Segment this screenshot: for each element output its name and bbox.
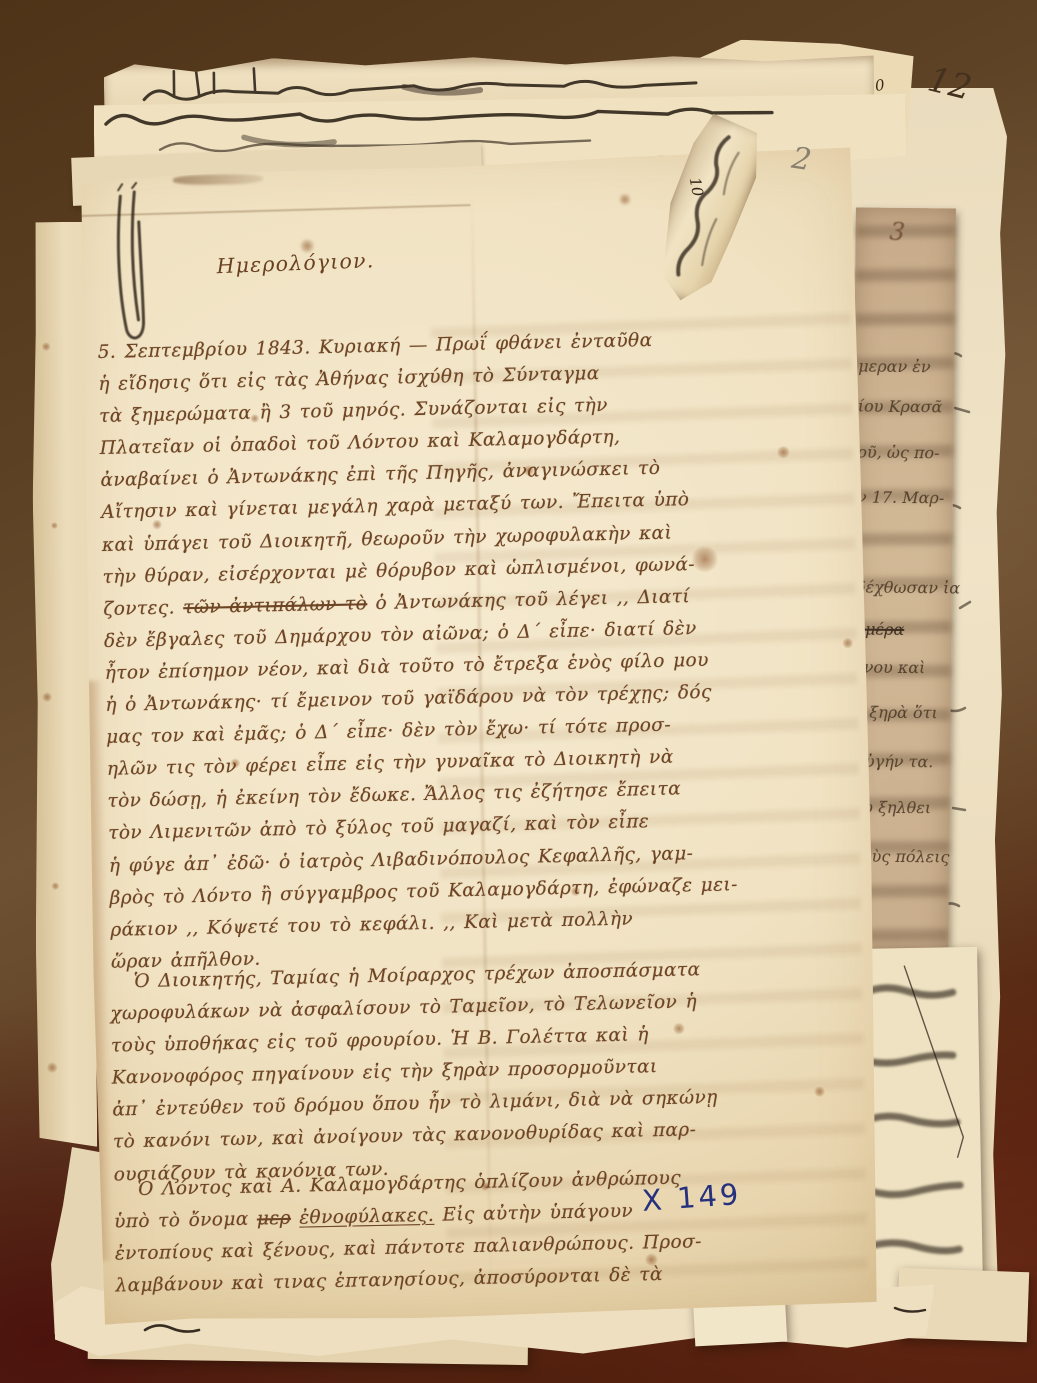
page-number-10-strip: 10 [686,176,707,198]
line-text: ζοντες. [103,597,175,620]
diary-page: Ημερολόγιον. 5. Σεπτεμβρίου 1843. Κυριακ… [78,147,880,1324]
side-fragment: μεραν ἐν [858,357,954,377]
underlined-text: ἐθνοφύλακες. [299,1205,434,1229]
diary-paragraph-1: 5. Σεπτεμβρίου 1843. Κυριακή — Πρωΐ φθάν… [97,323,739,978]
line-text: Εἰς αὐτὴν ὑπάγουν [442,1201,633,1226]
archive-catalog-mark: X 149 [641,1177,743,1218]
manuscript-photo: 3 μεραν ἐν ίου Κρασᾶ οῦ, ὡς πο- ν 17. Μα… [0,0,1037,1383]
stain-spot [250,414,259,423]
side-fragment: δέχθωσαν ἰα [856,578,952,598]
side-fragment: ίου Κρασᾶ [858,397,954,417]
horizontal-crease [81,204,471,217]
line-text: ὁ Ἀντωνάκης τοῦ λέγει ,, Διατί [375,586,690,614]
side-fragment: ένου καὶ [855,658,951,678]
diary-paragraph-3: Ὁ Λόντος καὶ Α. Καλαμογδάρτης ὁπλίζουν ἀ… [113,1162,703,1303]
stain-spot [618,193,631,205]
stain-spot [173,174,263,186]
side-fragment: ὴ ξηρὰ ὅτι [855,703,951,723]
line-text: ὑπὸ τὸ ὄνομα [114,1209,249,1233]
struck-text: μερ [257,1208,291,1230]
stain-spot [570,886,580,896]
diary-paragraph-2: Ὁ Διοικητής, Ταμίας ἡ Μοίραρχος τρέχων ἀ… [109,954,719,1191]
side-fragment: ν 17. Μαρ- [857,488,953,508]
paperclip-rust-mark [108,181,167,342]
page-number-3: 3 [889,217,906,246]
diary-title: Ημερολόγιον. [216,248,375,278]
side-fragment-struck: ἡμέρα [855,620,951,640]
side-fragment: οῦ, ὡς πο- [857,443,953,463]
stain-spot [481,1182,490,1191]
struck-text: τῶν ἀντιπάλων τὸ [183,593,367,618]
